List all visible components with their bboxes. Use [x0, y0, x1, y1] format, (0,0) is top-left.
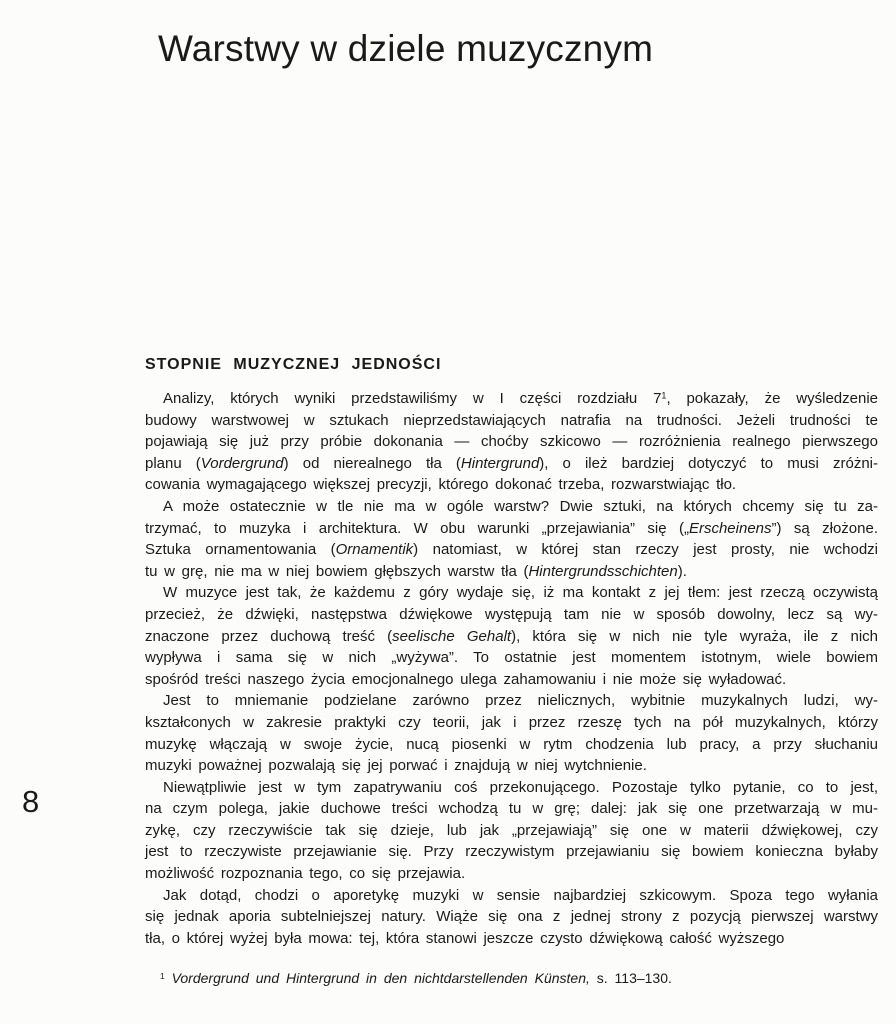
- italic-term: Hintergrundsschichten: [528, 563, 677, 580]
- italic-term: Erscheinens: [689, 520, 772, 537]
- footnote: 1 Vordergrund und Hintergrund in den nic…: [160, 969, 860, 987]
- text-line: zykę, czy rzeczywiście tak się dzieje, l…: [145, 820, 878, 842]
- page-number: 8: [22, 784, 39, 820]
- text-segment: cowania wymagającego większej precyzji, …: [145, 476, 736, 493]
- text-segment: ), która się w nich nie tyle wyraża, ile…: [511, 628, 878, 645]
- text-line: A może ostatecznie w tle nie ma w ogóle …: [145, 496, 878, 518]
- text-segment: A może ostatecznie w tle nie ma w ogóle …: [163, 498, 878, 515]
- paragraph: A może ostatecznie w tle nie ma w ogóle …: [145, 496, 878, 582]
- book-page: Warstwy w dziele muzycznym 8 STOPNIE MUZ…: [0, 0, 896, 1024]
- text-segment: s. 113–130.: [590, 970, 672, 986]
- text-segment: ) natomiast, w której stan rzeczy jest p…: [413, 541, 878, 558]
- text-segment: ) od nierealnego tła (: [284, 455, 461, 472]
- italic-term: Hintergrund: [461, 455, 539, 472]
- text-segment: możliwość rozpoznania tego, co się przej…: [145, 865, 465, 882]
- text-segment: pojawiają się już przy próbie dokonania …: [145, 433, 878, 450]
- text-segment: tła, o której wyżej była mowa: tej, któr…: [145, 930, 784, 947]
- italic-term: Vordergrund und Hintergrund in den nicht…: [172, 970, 590, 986]
- section-heading: STOPNIE MUZYCZNEJ JEDNOŚCI: [145, 356, 441, 374]
- text-line: muzyki poważnej pozwalają się jej porwać…: [145, 755, 878, 777]
- chapter-title: Warstwy w dziele muzycznym: [158, 28, 653, 71]
- superscript: 1: [160, 971, 165, 981]
- text-segment: zykę, czy rzeczywiście tak się dzieje, l…: [145, 822, 878, 839]
- text-line: tu w grę, nie ma w niej bowiem głębszych…: [145, 561, 878, 583]
- paragraph: Jak dotąd, chodzi o aporetykę muzyki w s…: [145, 885, 878, 950]
- paragraph: W muzyce jest tak, że każdemu z góry wyd…: [145, 582, 878, 690]
- paragraph: Niewątpliwie jest w tym zapatrywaniu coś…: [145, 777, 878, 885]
- text-segment: Sztuka ornamentowania (: [145, 541, 336, 558]
- text-line: na czym polega, jakie duchowe treści wch…: [145, 798, 878, 820]
- italic-term: Vordergrund: [201, 455, 284, 472]
- text-line: znaczone przez duchową treść (seelische …: [145, 626, 878, 648]
- text-segment: muzyki poważnej pozwalają się jej porwać…: [145, 757, 647, 774]
- text-line: Analizy, których wyniki przedstawiliśmy …: [145, 388, 878, 410]
- text-segment: przecież, że dźwięki, następstwa dźwięko…: [145, 606, 878, 623]
- text-line: Jak dotąd, chodzi o aporetykę muzyki w s…: [145, 885, 878, 907]
- text-segment: tu w grę, nie ma w niej bowiem głębszych…: [145, 563, 528, 580]
- text-segment: ”) są złożone.: [772, 520, 878, 537]
- text-line: planu (Vordergrund) od nierealnego tła (…: [145, 453, 878, 475]
- text-line: budowy warstwowej w sztukach nieprzedsta…: [145, 410, 878, 432]
- text-segment: budowy warstwowej w sztukach nieprzedsta…: [145, 412, 878, 429]
- text-segment: na czym polega, jakie duchowe treści wch…: [145, 800, 878, 817]
- text-line: Niewątpliwie jest w tym zapatrywaniu coś…: [145, 777, 878, 799]
- text-segment: wypływa i sama się w nich „wyżywa”. To o…: [145, 649, 878, 666]
- paragraph: Jest to mniemanie podzielane zarówno prz…: [145, 690, 878, 776]
- text-segment: ).: [678, 563, 687, 580]
- text-line: cowania wymagającego większej precyzji, …: [145, 474, 878, 496]
- text-segment: znaczone przez duchową treść (: [145, 628, 392, 645]
- text-segment: jest to rzeczywiste przejawianie się. Pr…: [145, 843, 878, 860]
- text-segment: Jak dotąd, chodzi o aporetykę muzyki w s…: [163, 887, 878, 904]
- italic-term: seelische Gehalt: [392, 628, 511, 645]
- paragraph: Analizy, których wyniki przedstawiliśmy …: [145, 388, 878, 496]
- text-segment: spośród treści naszego życia emocjonalne…: [145, 671, 786, 688]
- text-segment: się jednak aporia subtelniejszej natury.…: [145, 908, 878, 925]
- text-segment: W muzyce jest tak, że każdemu z góry wyd…: [163, 584, 878, 601]
- text-line: trzymać, to muzyka i architektura. W obu…: [145, 518, 878, 540]
- text-segment: Jest to mniemanie podzielane zarówno prz…: [163, 692, 878, 709]
- text-segment: muzykę włączają w swoje życie, nucą pios…: [145, 736, 878, 753]
- text-segment: ), o ileż bardziej dotyczyć to musi zróż…: [539, 455, 878, 472]
- text-line: tła, o której wyżej była mowa: tej, któr…: [145, 928, 878, 950]
- text-segment: Niewątpliwie jest w tym zapatrywaniu coś…: [163, 779, 878, 796]
- text-line: W muzyce jest tak, że każdemu z góry wyd…: [145, 582, 878, 604]
- text-line: przecież, że dźwięki, następstwa dźwięko…: [145, 604, 878, 626]
- text-line: spośród treści naszego życia emocjonalne…: [145, 669, 878, 691]
- body-text: Analizy, których wyniki przedstawiliśmy …: [145, 388, 878, 949]
- text-line: Jest to mniemanie podzielane zarówno prz…: [145, 690, 878, 712]
- text-line: możliwość rozpoznania tego, co się przej…: [145, 863, 878, 885]
- text-segment: [165, 970, 172, 986]
- italic-term: Ornamentik: [336, 541, 414, 558]
- text-line: wypływa i sama się w nich „wyżywa”. To o…: [145, 647, 878, 669]
- text-segment: Analizy, których wyniki przedstawiliśmy …: [163, 390, 661, 407]
- text-segment: planu (: [145, 455, 201, 472]
- text-segment: , pokazały, że wyśledzenie: [666, 390, 878, 407]
- text-line: się jednak aporia subtelniejszej natury.…: [145, 906, 878, 928]
- text-line: muzykę włączają w swoje życie, nucą pios…: [145, 734, 878, 756]
- text-segment: trzymać, to muzyka i architektura. W obu…: [145, 520, 689, 537]
- text-segment: kształconych w zakresie praktyki czy teo…: [145, 714, 878, 731]
- text-line: jest to rzeczywiste przejawianie się. Pr…: [145, 841, 878, 863]
- text-line: kształconych w zakresie praktyki czy teo…: [145, 712, 878, 734]
- text-line: pojawiają się już przy próbie dokonania …: [145, 431, 878, 453]
- text-line: Sztuka ornamentowania (Ornamentik) natom…: [145, 539, 878, 561]
- footnote-text: 1 Vordergrund und Hintergrund in den nic…: [160, 970, 672, 986]
